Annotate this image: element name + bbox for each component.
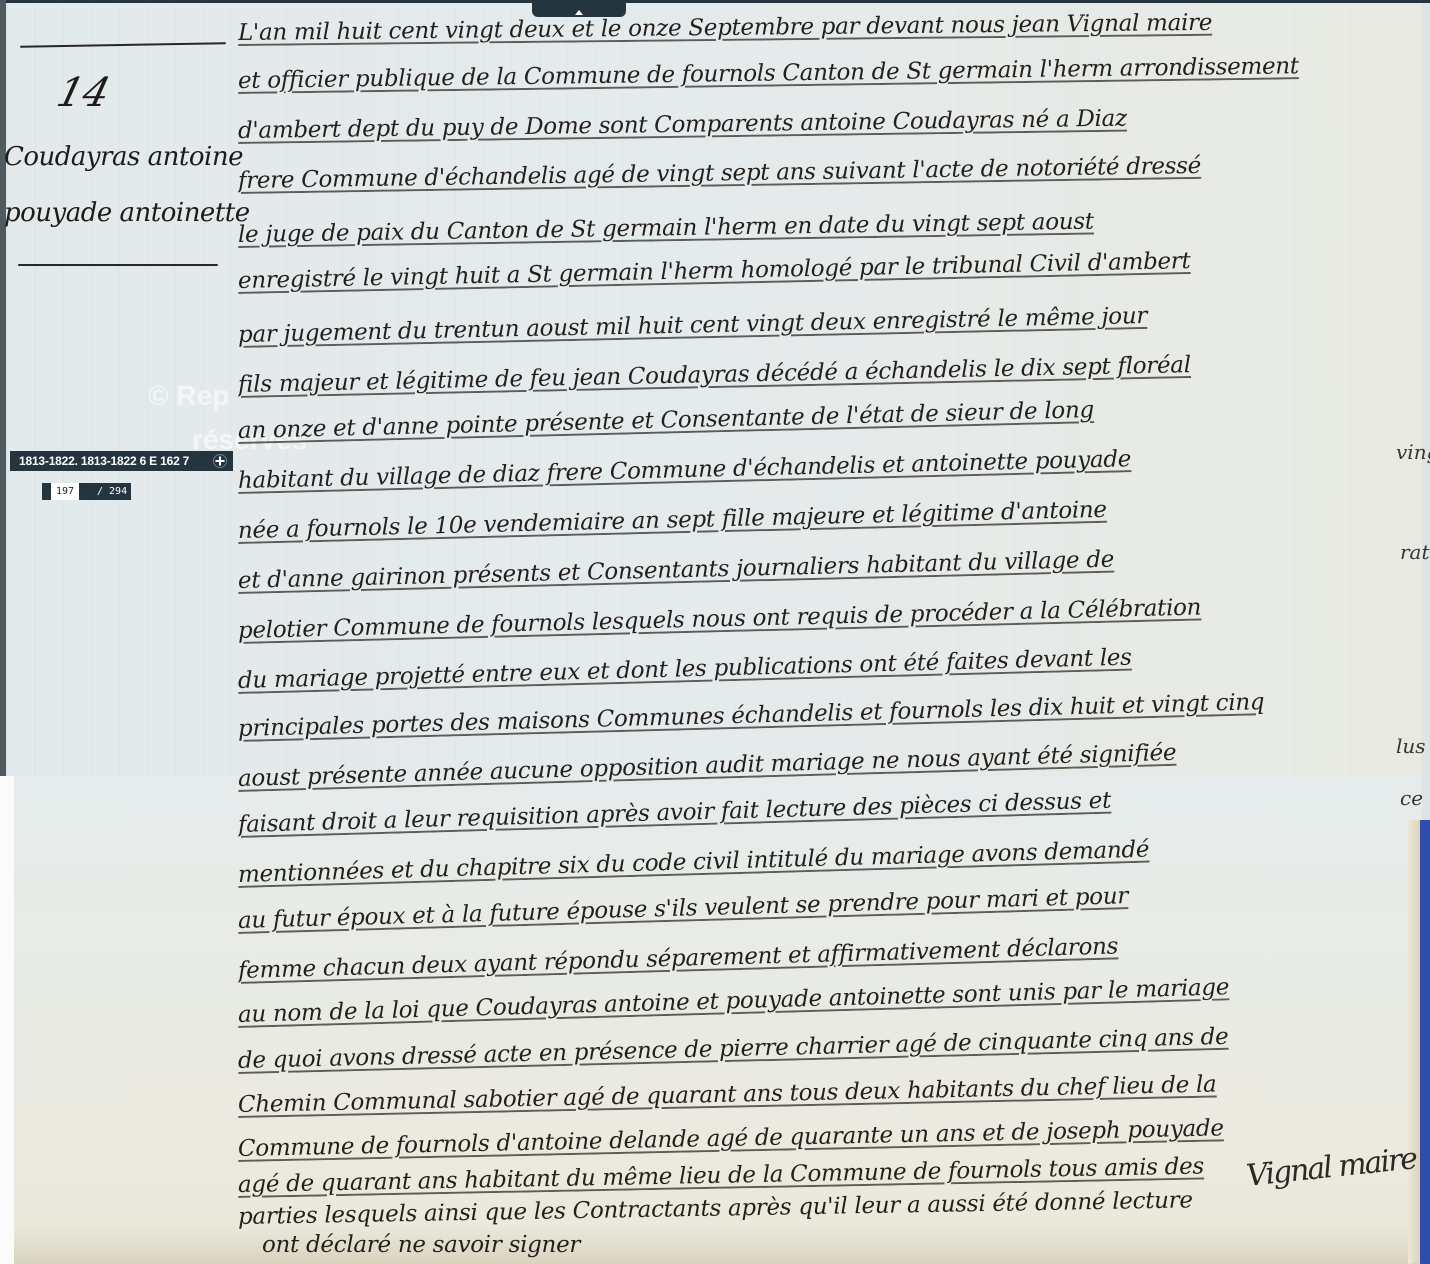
text-line: ont déclaré ne savoir signer — [262, 1232, 782, 1258]
right-margin-note: ce — [1400, 786, 1423, 810]
background-blue-edge — [1420, 820, 1430, 1264]
margin-rule-bottom — [18, 264, 218, 266]
right-margin-note: ratu — [1400, 540, 1430, 564]
page-number-input[interactable] — [51, 483, 79, 500]
page-total-label: / 294 — [97, 486, 127, 497]
document-reference-label: 1813-1822. 1813-1822 6 E 162 7 — [19, 454, 189, 468]
expand-reference-button[interactable] — [213, 454, 227, 468]
plus-circle-icon — [215, 456, 225, 466]
triangle-up-icon — [575, 10, 583, 15]
document-viewer[interactable]: © Rep réservés 14 Coudayras antoine pouy… — [0, 0, 1430, 1264]
margin-groom-name: Coudayras antoine — [4, 142, 243, 172]
toolbar-toggle-button[interactable] — [532, 0, 626, 17]
viewer-left-margin — [0, 776, 14, 1264]
viewer-left-frame — [0, 0, 6, 776]
right-margin-note: ving — [1396, 440, 1430, 464]
viewer-top-frame — [0, 0, 1430, 3]
page-navigator: / 294 — [42, 483, 131, 500]
right-margin-note: lus — [1396, 734, 1426, 758]
document-reference-bar: 1813-1822. 1813-1822 6 E 162 7 — [10, 451, 233, 471]
watermark-line-1: © Rep — [148, 380, 229, 412]
margin-bride-name: pouyade antoinette — [4, 198, 250, 228]
